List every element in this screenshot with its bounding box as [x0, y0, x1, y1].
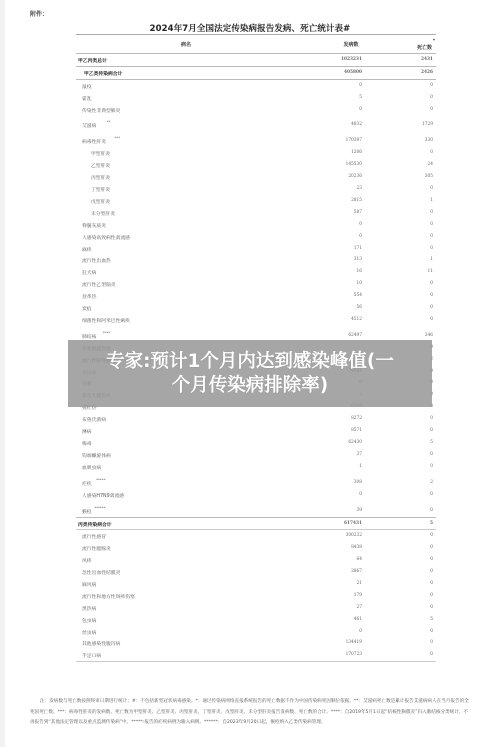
disease-name: 流行性和地方性斑疹伤寒 — [82, 593, 135, 600]
table-row: 霍乱50 — [76, 92, 436, 104]
disease-name: 丙类传染病合计 — [78, 521, 112, 528]
table-row: 丝虫病00 — [76, 626, 436, 638]
cases-value: 27 — [316, 605, 362, 610]
table-total-row: 甲乙类传染病合计4058002426 — [76, 67, 436, 80]
cases-value: 4832 — [316, 122, 362, 127]
table-row: 甲型肝炎12060 — [76, 147, 436, 159]
disease-name-text: 猴痘****** — [82, 510, 92, 515]
deaths-value: 5 — [396, 440, 433, 445]
disease-name-text: 霍乱 — [82, 97, 92, 102]
cases-value: 0 — [316, 492, 362, 497]
table-row: 脊髓灰质炎00 — [76, 219, 436, 231]
disease-name: 炭疽 — [82, 305, 92, 312]
disease-name: 包虫病 — [82, 617, 96, 624]
table-row: 丙型肝炎20236305 — [76, 171, 436, 183]
deaths-value: 0 — [396, 545, 433, 550]
disease-name: 麻风病 — [82, 581, 96, 588]
table-row: 其他感染性腹泻病1344190 — [76, 637, 436, 649]
disease-name: 狂犬病 — [82, 269, 96, 276]
disease-name: 丁型肝炎 — [91, 186, 110, 193]
table-row: 流行性腮腺炎84380 — [76, 542, 436, 554]
disease-name-text: 传染性非典型肺炎 — [82, 109, 120, 114]
disease-name: 病毒性肝炎*** — [82, 138, 106, 145]
cases-value: 0 — [316, 629, 362, 634]
disease-name-text: 包虫病 — [82, 619, 96, 624]
table-row: 流行性乙型脑炎100 — [76, 278, 436, 290]
disease-name-text: 丁型肝炎 — [91, 188, 110, 193]
table-row: 登革热5540 — [76, 290, 436, 302]
footnote-mark: *** — [114, 135, 120, 140]
disease-name-text: 猩红热 — [82, 406, 96, 411]
disease-name: 麻疹 — [82, 246, 92, 253]
cases-value: 134419 — [316, 640, 362, 645]
disease-name: 手足口病 — [82, 652, 101, 659]
disease-name-text: 黑热病 — [82, 607, 96, 612]
disease-name-text: 鼠疫 — [82, 85, 92, 90]
table-row: 炭疽560 — [76, 302, 436, 314]
table-row: 血吸虫病10 — [76, 461, 436, 473]
deaths-value: 0 — [396, 492, 433, 497]
cases-value: 8571 — [316, 428, 362, 433]
footnote-mark: ** — [107, 119, 111, 124]
cases-value: 10 — [316, 281, 362, 286]
table-total-row: 甲乙丙类总计10232312431 — [76, 54, 436, 67]
disease-name-text: 血吸虫病 — [82, 466, 101, 471]
disease-name: 甲型肝炎 — [91, 150, 110, 157]
cases-value: 16 — [316, 269, 362, 274]
disease-name-text: 人感染高致病性禽流感 — [82, 236, 130, 241]
cases-value: 8438 — [316, 545, 362, 550]
disease-name-text: 流行性腮腺炎 — [82, 547, 111, 552]
table-row: 布鲁氏菌病82720 — [76, 413, 436, 425]
deaths-value: 0 — [396, 428, 433, 433]
disease-name-text: 疟疾***** — [82, 482, 92, 487]
disease-name: 急性出血性结膜炎 — [82, 569, 120, 576]
disease-name-text: 人感染H7N9禽流感 — [82, 494, 124, 499]
disease-name-text: 乙型肝炎 — [91, 164, 110, 169]
cases-value: 0 — [316, 107, 362, 112]
header-deaths: 死亡数* — [396, 44, 432, 51]
deaths-value: 2431 — [396, 57, 433, 62]
table-row: 猴痘******390 — [76, 501, 436, 517]
disease-name-text: 炭疽 — [82, 307, 92, 312]
disease-name-text: 丙类传染病合计 — [78, 523, 112, 528]
disease-name: 艾滋病** — [82, 122, 96, 129]
headline-line-1: 专家:预计1个月内达到感染峰值(一 — [106, 350, 394, 374]
cases-value: 20236 — [316, 174, 362, 179]
disease-name-text: 流行性出血热 — [82, 259, 111, 264]
cases-value: 56 — [316, 305, 362, 310]
footnotes: 注：发病数与死亡数按照终审日期进行统计；#：不包括新型冠状病毒感染。*：通过传染… — [30, 697, 470, 729]
disease-name-text: 脊髓灰质炎 — [82, 224, 106, 229]
deaths-value: 0 — [396, 569, 433, 574]
disease-name: 猴痘****** — [82, 508, 92, 515]
deaths-value: 330 — [396, 138, 433, 143]
cases-value: 170397 — [316, 138, 362, 143]
cases-value: 1206 — [316, 150, 362, 155]
deaths-value: 5 — [396, 617, 433, 622]
cases-value: 405800 — [316, 70, 362, 75]
table-row: 鼠疫00 — [76, 80, 436, 92]
disease-name-text: 甲乙类传染病合计 — [84, 72, 122, 77]
disease-name-text: 流行性乙型脑炎 — [82, 283, 116, 288]
disease-name: 流行性腮腺炎 — [82, 545, 111, 552]
disease-name: 登革热 — [82, 293, 96, 300]
deaths-value: 0 — [396, 95, 433, 100]
disease-name-text: 流行性和地方性斑疹伤寒 — [82, 595, 135, 600]
headline-overlay-banner: 专家:预计1个月内达到感染峰值(一 个月传染病排除率) — [68, 340, 432, 407]
disease-name: 钩端螺旋体病 — [82, 452, 111, 459]
disease-name-text: 艾滋病** — [82, 124, 96, 129]
deaths-value: 346 — [396, 333, 433, 338]
cases-value: 23 — [316, 186, 362, 191]
cases-value: 1023231 — [316, 57, 362, 62]
table-row: 乙型肝炎14553024 — [76, 159, 436, 171]
disease-name: 甲乙类传染病合计 — [84, 70, 122, 77]
cases-value: 300232 — [316, 533, 362, 538]
deaths-value: 0 — [396, 581, 433, 586]
table-row: 梅毒624305 — [76, 437, 436, 449]
deaths-value: 0 — [396, 593, 433, 598]
disease-name: 甲乙丙类总计 — [78, 57, 107, 64]
disease-name: 人感染高致病性禽流感 — [82, 234, 130, 241]
header-disease-name: 病名 — [76, 41, 296, 48]
disease-name: 风疹 — [82, 557, 92, 564]
deaths-value: 1 — [396, 257, 433, 262]
deaths-value: 0 — [396, 246, 433, 251]
table-row: 流行性和地方性斑疹伤寒1790 — [76, 590, 436, 602]
disease-name-text: 甲乙丙类总计 — [78, 59, 107, 64]
deaths-value: 0 — [396, 464, 433, 469]
disease-name-text: 病毒性肝炎*** — [82, 140, 106, 145]
cases-value: 171 — [316, 246, 362, 251]
cases-value: 461 — [316, 617, 362, 622]
disease-name: 疟疾***** — [82, 480, 92, 487]
cases-value: 8272 — [316, 416, 362, 421]
disease-name: 霍乱 — [82, 95, 92, 102]
deaths-value: 2 — [396, 480, 433, 485]
deaths-value: 305 — [396, 174, 433, 179]
deaths-value: 0 — [396, 605, 433, 610]
deaths-value: 0 — [396, 83, 433, 88]
cases-value: 21 — [316, 581, 362, 586]
deaths-value: 0 — [396, 150, 433, 155]
table-row: 人感染H7N9禽流感00 — [76, 489, 436, 501]
deaths-value: 1729 — [396, 122, 433, 127]
disease-name-text: 急性出血性结膜炎 — [82, 571, 120, 576]
disease-name-text: 流行性感冒 — [82, 535, 106, 540]
disease-name: 血吸虫病 — [82, 464, 101, 471]
deaths-value: 5 — [396, 521, 433, 526]
cases-value: 64 — [316, 557, 362, 562]
table-row: 急性出血性结膜炎28670 — [76, 566, 436, 578]
deaths-value: 0 — [396, 508, 433, 513]
deaths-value: 0 — [396, 416, 433, 421]
table-row: 钩端螺旋体病370 — [76, 449, 436, 461]
table-row: 麻疹1710 — [76, 243, 436, 255]
table-row: 戊型肝炎28151 — [76, 195, 436, 207]
table-row: 麻风病210 — [76, 578, 436, 590]
table-row: 丁型肝炎230 — [76, 183, 436, 195]
deaths-value: 1 — [396, 198, 433, 203]
disease-name: 脊髓灰质炎 — [82, 222, 106, 229]
deaths-value: 0 — [396, 186, 433, 191]
disease-name: 鼠疫 — [82, 83, 92, 90]
cases-value: 554 — [316, 293, 362, 298]
disease-name-text: 麻风病 — [82, 583, 96, 588]
deaths-value: 0 — [396, 640, 433, 645]
table-row: 人感染高致病性禽流感00 — [76, 231, 436, 243]
deaths-value: 24 — [396, 162, 433, 167]
cases-value: 308 — [316, 480, 362, 485]
deaths-value: 2426 — [396, 70, 433, 75]
cases-value: 39 — [316, 508, 362, 513]
footnote-mark: ***** — [96, 477, 106, 482]
disease-name-text: 狂犬病 — [82, 271, 96, 276]
disease-name: 流行性感冒 — [82, 533, 106, 540]
disease-name: 布鲁氏菌病 — [82, 416, 106, 423]
disease-name-text: 丝虫病 — [82, 631, 96, 636]
cases-value: 313 — [316, 257, 362, 262]
cases-value: 2815 — [316, 198, 362, 203]
attachment-label: 附件： — [30, 9, 48, 18]
table-row: 手足口病1707230 — [76, 649, 436, 661]
footnote-mark: ****** — [94, 505, 105, 510]
deaths-value: 0 — [396, 652, 433, 657]
deaths-value: 0 — [396, 107, 433, 112]
document-title: 2024年7月全国法定传染病报告发病、死亡统计表# — [0, 22, 500, 34]
disease-name-text: 钩端螺旋体病 — [82, 454, 111, 459]
disease-name-text: 其他感染性腹泻病 — [82, 642, 120, 647]
header-cases: 发病数 — [331, 41, 371, 48]
cases-value: 62430 — [316, 440, 362, 445]
disease-name: 梅毒 — [82, 440, 92, 447]
table-row: 黑热病270 — [76, 602, 436, 614]
disease-name: 传染性非典型肺炎 — [82, 107, 120, 114]
disease-name-text: 麻疹 — [82, 248, 92, 253]
deaths-value: 0 — [396, 281, 433, 286]
cases-value: 5 — [316, 95, 362, 100]
table-row: 未分型肝炎5870 — [76, 207, 436, 219]
cases-value: 170723 — [316, 652, 362, 657]
deaths-value: 0 — [396, 210, 433, 215]
disease-name: 人感染H7N9禽流感 — [82, 492, 124, 499]
headline-line-2: 个月传染病排除率) — [172, 374, 328, 398]
cases-value: 4512 — [316, 317, 362, 322]
disease-name-text: 丙型肝炎 — [91, 176, 110, 181]
table-row: 疟疾*****3082 — [76, 473, 436, 489]
disease-name-text: 细菌性和阿米巴性痢疾 — [82, 319, 130, 324]
deaths-value: 0 — [396, 305, 433, 310]
deaths-value: 0 — [396, 452, 433, 457]
disease-name: 流行性出血热 — [82, 257, 111, 264]
disease-name: 流行性乙型脑炎 — [82, 281, 116, 288]
table-row: 艾滋病**48321729 — [76, 115, 436, 131]
table-bottom-border — [76, 661, 436, 662]
disease-name: 淋病 — [82, 428, 92, 435]
disease-name: 肺结核**** — [82, 333, 96, 340]
table-total-row: 丙类传染病合计6174315 — [76, 517, 436, 531]
disease-name-text: 甲型肝炎 — [91, 152, 110, 157]
table-row: 流行性出血热3131 — [76, 254, 436, 266]
disease-name-text: 手足口病 — [82, 654, 101, 659]
disease-name-text: 梅毒 — [82, 442, 92, 447]
disease-name: 丙型肝炎 — [91, 174, 110, 181]
deaths-value: 11 — [396, 269, 433, 274]
deaths-value: 0 — [396, 533, 433, 538]
table-row: 流行性感冒3002320 — [76, 530, 436, 542]
page-margin-strip — [0, 0, 5, 747]
disease-name: 其他感染性腹泻病 — [82, 640, 120, 647]
disease-name-text: 淋病 — [82, 430, 92, 435]
cases-value: 179 — [316, 593, 362, 598]
cases-value: 145530 — [316, 162, 362, 167]
table-header: 病名 发病数 死亡数* — [76, 34, 436, 54]
header-deaths-mark: * — [433, 38, 435, 43]
deaths-value: 0 — [396, 629, 433, 634]
table-row: 病毒性肝炎***170397330 — [76, 131, 436, 147]
deaths-value: 0 — [396, 317, 433, 322]
table-row: 细菌性和阿米巴性痢疾45120 — [76, 314, 436, 326]
disease-name: 黑热病 — [82, 605, 96, 612]
disease-name-text: 戊型肝炎 — [91, 200, 110, 205]
table-row: 淋病85710 — [76, 425, 436, 437]
disease-name-text: 登革热 — [82, 295, 96, 300]
cases-value: 2867 — [316, 569, 362, 574]
deaths-value: 0 — [396, 234, 433, 239]
deaths-value: 0 — [396, 222, 433, 227]
disease-name: 乙型肝炎 — [91, 162, 110, 169]
disease-name: 未分型肝炎 — [91, 210, 115, 217]
table-row: 包虫病4615 — [76, 614, 436, 626]
cases-value: 37 — [316, 452, 362, 457]
disease-name: 戊型肝炎 — [91, 198, 110, 205]
cases-value: 62497 — [316, 333, 362, 338]
disease-name-text: 风疹 — [82, 559, 92, 564]
cases-value: 1 — [316, 464, 362, 469]
deaths-value: 0 — [396, 557, 433, 562]
header-deaths-label: 死亡数 — [417, 45, 432, 51]
disease-name: 丝虫病 — [82, 629, 96, 636]
disease-name-text: 布鲁氏菌病 — [82, 418, 106, 423]
cases-value: 587 — [316, 210, 362, 215]
cases-value: 0 — [316, 83, 362, 88]
cases-value: 0 — [316, 222, 362, 227]
deaths-value: 0 — [396, 293, 433, 298]
table-row: 狂犬病1611 — [76, 266, 436, 278]
disease-name: 细菌性和阿米巴性痢疾 — [82, 317, 130, 324]
disease-name-text: 未分型肝炎 — [91, 212, 115, 217]
table-row: 传染性非典型肺炎00 — [76, 104, 436, 116]
table-row: 风疹640 — [76, 554, 436, 566]
cases-value: 617431 — [316, 521, 362, 526]
cases-value: 0 — [316, 234, 362, 239]
footnote-mark: **** — [103, 330, 111, 335]
